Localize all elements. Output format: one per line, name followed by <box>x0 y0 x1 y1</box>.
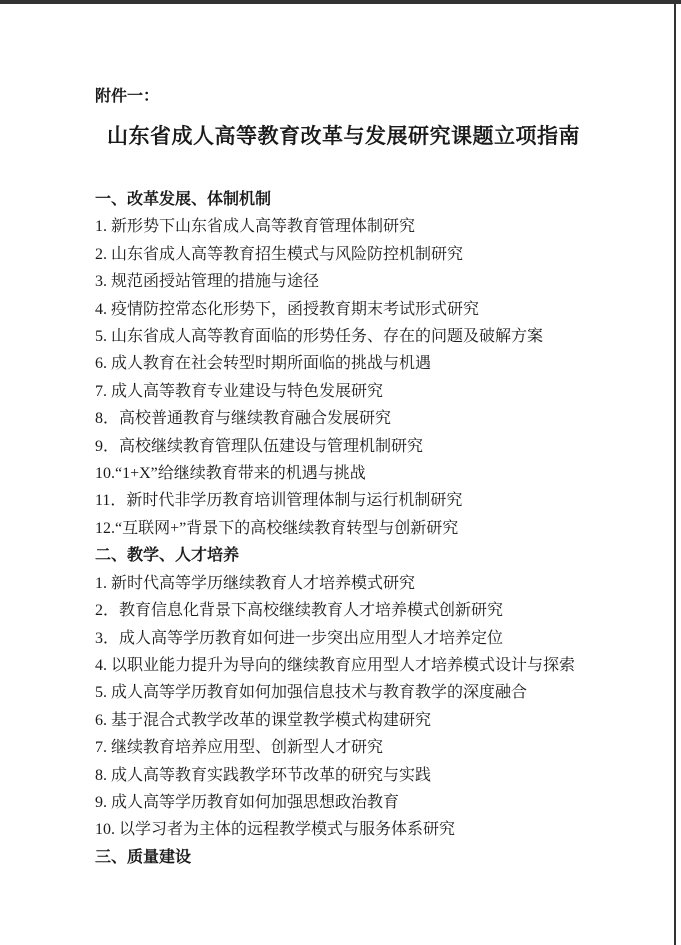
topic-item: 3. 规范函授站管理的措施与途径 <box>95 268 660 295</box>
section-heading-3: 三、质量建设 <box>95 844 660 871</box>
topic-item: 8．高校普通教育与继续教育融合发展研究 <box>95 405 660 432</box>
topic-item: 2．教育信息化背景下高校继续教育人才培养模式创新研究 <box>95 597 660 624</box>
section-heading-2: 二、教学、人才培养 <box>95 542 660 569</box>
topic-item: 1. 新时代高等学历继续教育人才培养模式研究 <box>95 570 660 597</box>
topic-item: 5. 山东省成人高等教育面临的形势任务、存在的问题及破解方案 <box>95 323 660 350</box>
topic-item: 8. 成人高等教育实践教学环节改革的研究与实践 <box>95 762 660 789</box>
section-heading-1: 一、改革发展、体制机制 <box>95 186 660 213</box>
topic-item: 12.“互联网+”背景下的高校继续教育转型与创新研究 <box>95 515 660 542</box>
topic-item: 3．成人高等学历教育如何进一步突出应用型人才培养定位 <box>95 625 660 652</box>
topic-item: 2. 山东省成人高等教育招生模式与风险防控机制研究 <box>95 241 660 268</box>
document-title: 山东省成人高等教育改革与发展研究课题立项指南 <box>107 121 660 151</box>
topic-item: 10.“1+X”给继续教育带来的机遇与挑战 <box>95 460 660 487</box>
topic-list: 一、改革发展、体制机制 1. 新形势下山东省成人高等教育管理体制研究 2. 山东… <box>95 186 660 871</box>
topic-item: 7. 成人高等教育专业建设与特色发展研究 <box>95 378 660 405</box>
page-top-edge <box>0 0 681 4</box>
attachment-label: 附件一： <box>95 86 660 108</box>
topic-item: 6. 成人教育在社会转型时期所面临的挑战与机遇 <box>95 350 660 377</box>
page-right-edge <box>674 0 676 945</box>
topic-item: 11．新时代非学历教育培训管理体制与运行机制研究 <box>95 487 660 514</box>
topic-item: 4. 疫情防控常态化形势下，函授教育期末考试形式研究 <box>95 296 660 323</box>
topic-item: 6. 基于混合式教学改革的课堂教学模式构建研究 <box>95 707 660 734</box>
topic-item: 7. 继续教育培养应用型、创新型人才研究 <box>95 734 660 761</box>
topic-item: 10. 以学习者为主体的远程教学模式与服务体系研究 <box>95 816 660 843</box>
topic-item: 5. 成人高等学历教育如何加强信息技术与教育教学的深度融合 <box>95 679 660 706</box>
topic-item: 9. 成人高等学历教育如何加强思想政治教育 <box>95 789 660 816</box>
topic-item: 4. 以职业能力提升为导向的继续教育应用型人才培养模式设计与探索 <box>95 652 660 679</box>
document-page: 附件一： 山东省成人高等教育改革与发展研究课题立项指南 一、改革发展、体制机制 … <box>95 86 660 871</box>
topic-item: 1. 新形势下山东省成人高等教育管理体制研究 <box>95 213 660 240</box>
topic-item: 9．高校继续教育管理队伍建设与管理机制研究 <box>95 433 660 460</box>
